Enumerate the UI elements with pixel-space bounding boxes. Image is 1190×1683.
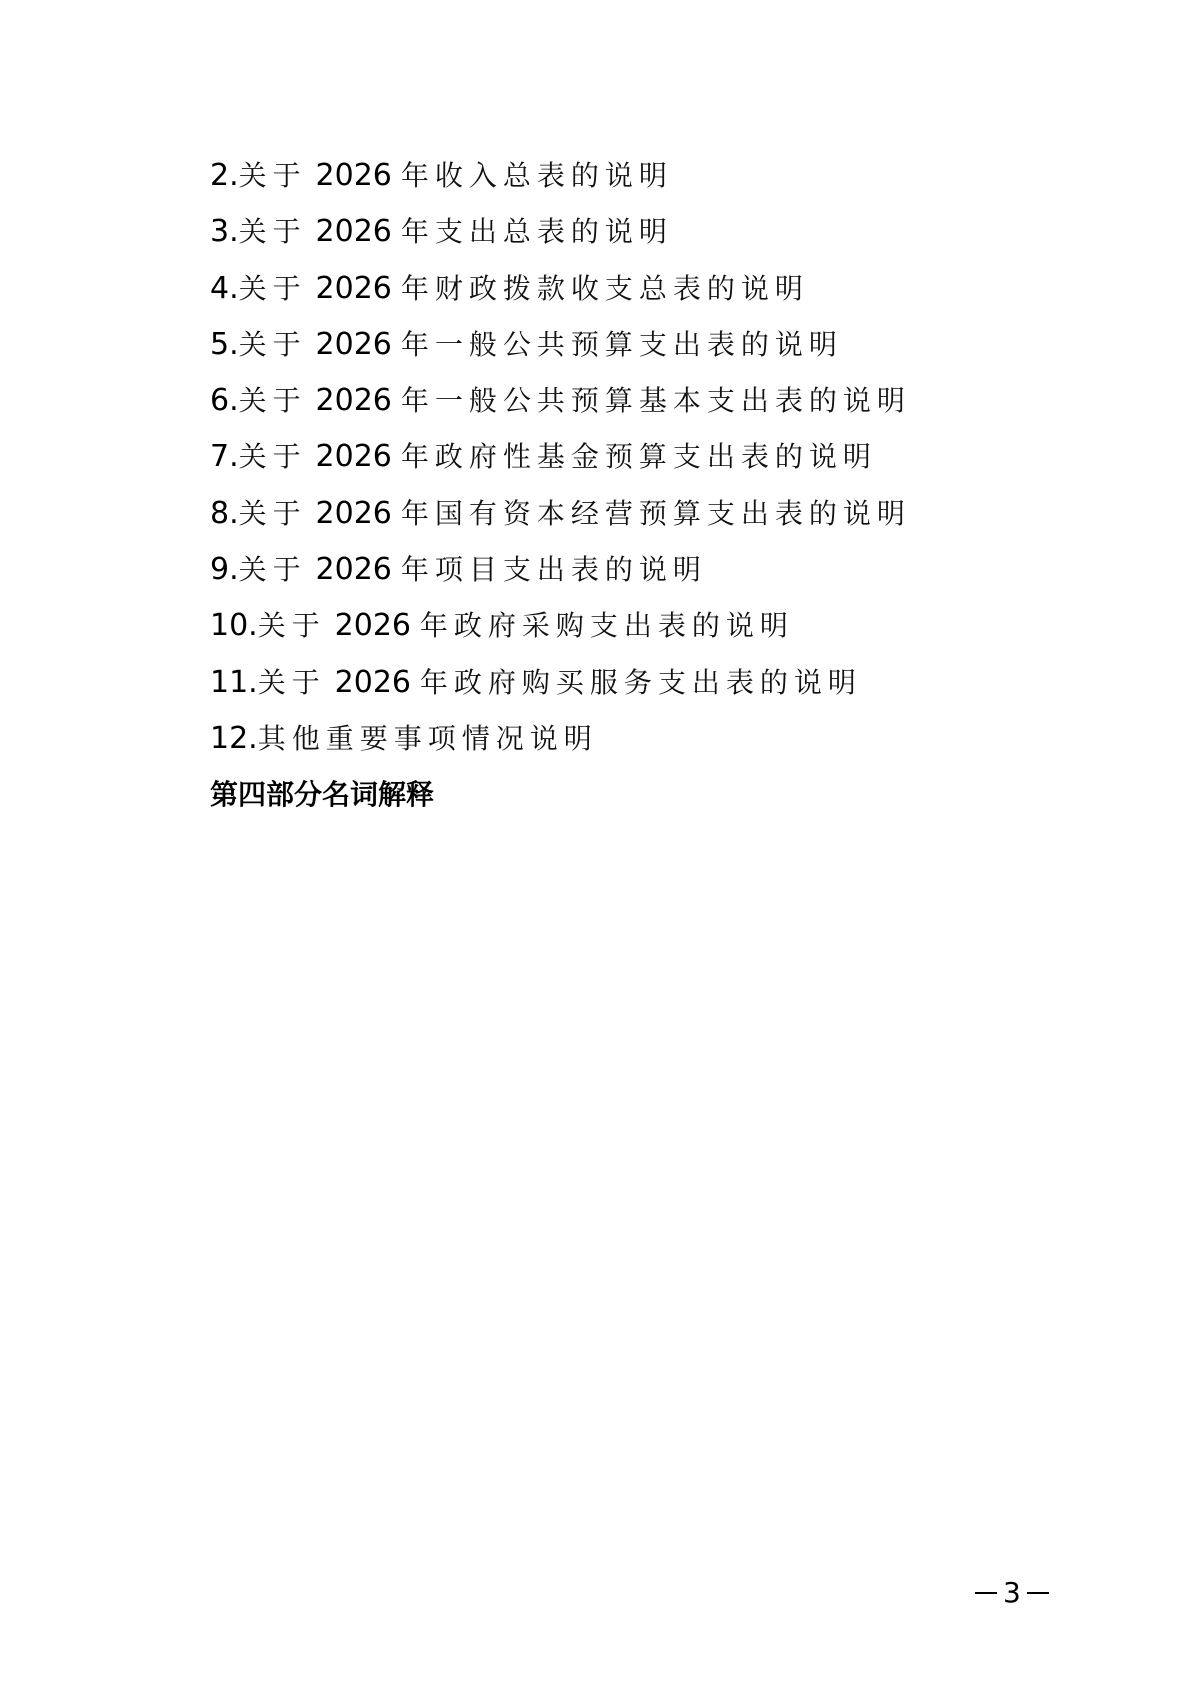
toc-item-number: 10.: [210, 608, 258, 643]
toc-item-title: 年项目支出表的说明: [401, 553, 707, 586]
toc-item-6: 6.关于 2026 年一般公共预算基本支出表的说明: [210, 381, 911, 437]
toc-item-number: 3.: [210, 214, 239, 249]
toc-item-number: 11.: [210, 665, 258, 700]
toc-item-8: 8.关于 2026 年国有资本经营预算支出表的说明: [210, 494, 911, 550]
toc-item-prefix: 关于: [239, 159, 307, 192]
toc-item-2: 2.关于 2026 年收入总表的说明: [210, 156, 911, 212]
toc-item-3: 3.关于 2026 年支出总表的说明: [210, 212, 911, 268]
toc-item-title: 年一般公共预算基本支出表的说明: [401, 384, 911, 417]
toc-item-year: 2026: [316, 158, 392, 193]
dash-right: [1027, 1592, 1049, 1594]
toc-item-7: 7.关于 2026 年政府性基金预算支出表的说明: [210, 437, 911, 493]
section-heading: 第四部分名词解释: [210, 775, 911, 831]
toc-item-11: 11.关于 2026 年政府购买服务支出表的说明: [210, 663, 911, 719]
toc-item-year: 2026: [316, 383, 392, 418]
toc-item-prefix: 关于: [239, 440, 307, 473]
toc-item-9: 9.关于 2026 年项目支出表的说明: [210, 550, 911, 606]
toc-item-10: 10.关于 2026 年政府采购支出表的说明: [210, 606, 911, 662]
toc-item-number: 5.: [210, 327, 239, 362]
toc-item-year: 2026: [316, 327, 392, 362]
toc-item-prefix: 关于: [258, 666, 326, 699]
toc-item-number: 12.: [210, 721, 258, 756]
toc-item-4: 4.关于 2026 年财政拨款收支总表的说明: [210, 269, 911, 325]
page-number-value: 3: [1003, 1576, 1021, 1609]
toc-item-prefix: 关于: [239, 215, 307, 248]
toc-item-prefix: 关于: [239, 553, 307, 586]
toc-item-title: 年政府性基金预算支出表的说明: [401, 440, 877, 473]
toc-item-year: 2026: [335, 665, 411, 700]
toc-item-title: 年政府采购支出表的说明: [420, 609, 794, 642]
toc-item-prefix: 关于: [239, 328, 307, 361]
toc-item-year: 2026: [316, 439, 392, 474]
toc-item-number: 4.: [210, 271, 239, 306]
toc-item-title: 其他重要事项情况说明: [258, 722, 598, 755]
toc-item-title: 年财政拨款收支总表的说明: [401, 272, 809, 305]
toc-item-title: 年政府购买服务支出表的说明: [420, 666, 862, 699]
toc-item-title: 年支出总表的说明: [401, 215, 673, 248]
toc-item-title: 年收入总表的说明: [401, 159, 673, 192]
toc-item-year: 2026: [316, 214, 392, 249]
toc-item-year: 2026: [316, 496, 392, 531]
toc-item-prefix: 关于: [239, 384, 307, 417]
toc-item-number: 2.: [210, 158, 239, 193]
table-of-contents: 2.关于 2026 年收入总表的说明 3.关于 2026 年支出总表的说明 4.…: [210, 156, 911, 832]
page-number: 3: [975, 1576, 1049, 1609]
toc-item-prefix: 关于: [258, 609, 326, 642]
toc-item-number: 6.: [210, 383, 239, 418]
toc-item-year: 2026: [335, 608, 411, 643]
toc-item-prefix: 关于: [239, 497, 307, 530]
toc-item-prefix: 关于: [239, 272, 307, 305]
toc-item-year: 2026: [316, 552, 392, 587]
toc-item-number: 7.: [210, 439, 239, 474]
dash-left: [975, 1592, 997, 1594]
toc-item-12: 12.其他重要事项情况说明: [210, 719, 911, 775]
toc-item-number: 8.: [210, 496, 239, 531]
toc-item-number: 9.: [210, 552, 239, 587]
toc-item-year: 2026: [316, 271, 392, 306]
toc-item-5: 5.关于 2026 年一般公共预算支出表的说明: [210, 325, 911, 381]
toc-item-title: 年一般公共预算支出表的说明: [401, 328, 843, 361]
toc-item-title: 年国有资本经营预算支出表的说明: [401, 497, 911, 530]
